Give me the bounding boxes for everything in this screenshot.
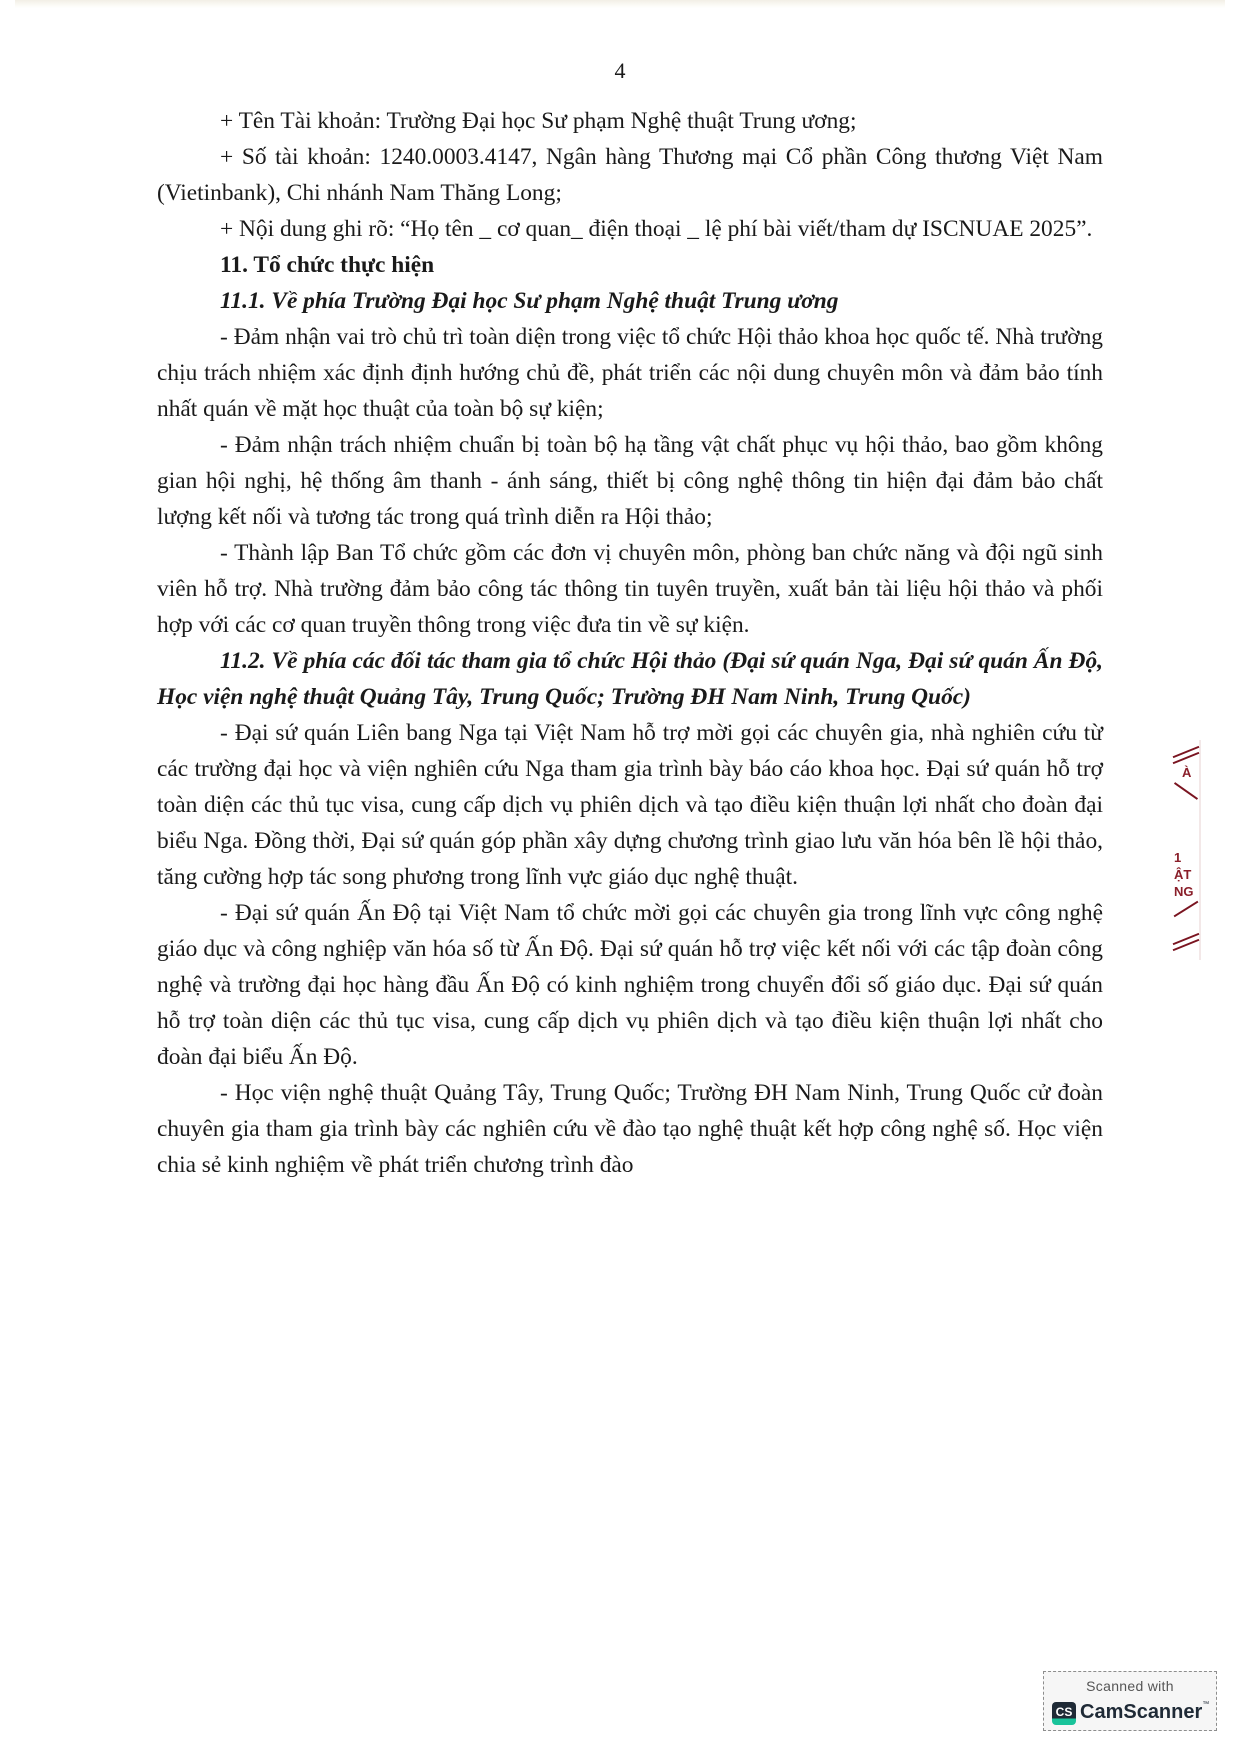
stamp-stroke [1174,782,1198,800]
paragraph-infrastructure: - Đảm nhận trách nhiệm chuẩn bị toàn bộ … [157,427,1103,535]
section-heading-11: 11. Tổ chức thực hiện [157,247,1103,283]
subsection-heading-11-2: 11.2. Về phía các đối tác tham gia tổ ch… [157,643,1103,715]
stamp-text: 1 [1174,850,1181,865]
watermark-brand: CamScanner™ [1080,1701,1209,1724]
stamp-stroke [1174,901,1199,918]
paragraph-russian-embassy: - Đại sứ quán Liên bang Nga tại Việt Nam… [157,715,1103,895]
camscanner-watermark: Scanned with CS CamScanner™ [1043,1671,1217,1731]
page-number: 4 [0,58,1240,84]
scan-top-edge [15,0,1225,8]
document-body: + Tên Tài khoản: Trường Đại học Sư phạm … [157,103,1103,1183]
stamp-text: À [1182,765,1191,780]
red-stamp-fragment: À 1 ẬT NG [1172,745,1202,955]
paragraph-account-number: + Số tài khoản: 1240.0003.4147, Ngân hàn… [157,139,1103,211]
watermark-caption: Scanned with [1044,1678,1216,1694]
stamp-text: NG [1174,884,1194,899]
watermark-brand-name: CamScanner [1080,1701,1202,1723]
paragraph-host-role: - Đảm nhận vai trò chủ trì toàn diện tro… [157,319,1103,427]
subsection-heading-11-1: 11.1. Về phía Trường Đại học Sư phạm Ngh… [157,283,1103,319]
paragraph-organizing-committee: - Thành lập Ban Tổ chức gồm các đơn vị c… [157,535,1103,643]
paragraph-guangxi-academy: - Học viện nghệ thuật Quảng Tây, Trung Q… [157,1075,1103,1183]
paragraph-payment-note: + Nội dung ghi rõ: “Họ tên _ cơ quan_ đi… [157,211,1103,247]
stamp-text: ẬT [1174,867,1191,882]
paragraph-indian-embassy: - Đại sứ quán Ấn Độ tại Việt Nam tổ chức… [157,895,1103,1075]
trademark-symbol: ™ [1202,1701,1209,1708]
camscanner-logo-icon: CS [1052,1702,1076,1725]
paragraph-account-name: + Tên Tài khoản: Trường Đại học Sư phạm … [157,103,1103,139]
